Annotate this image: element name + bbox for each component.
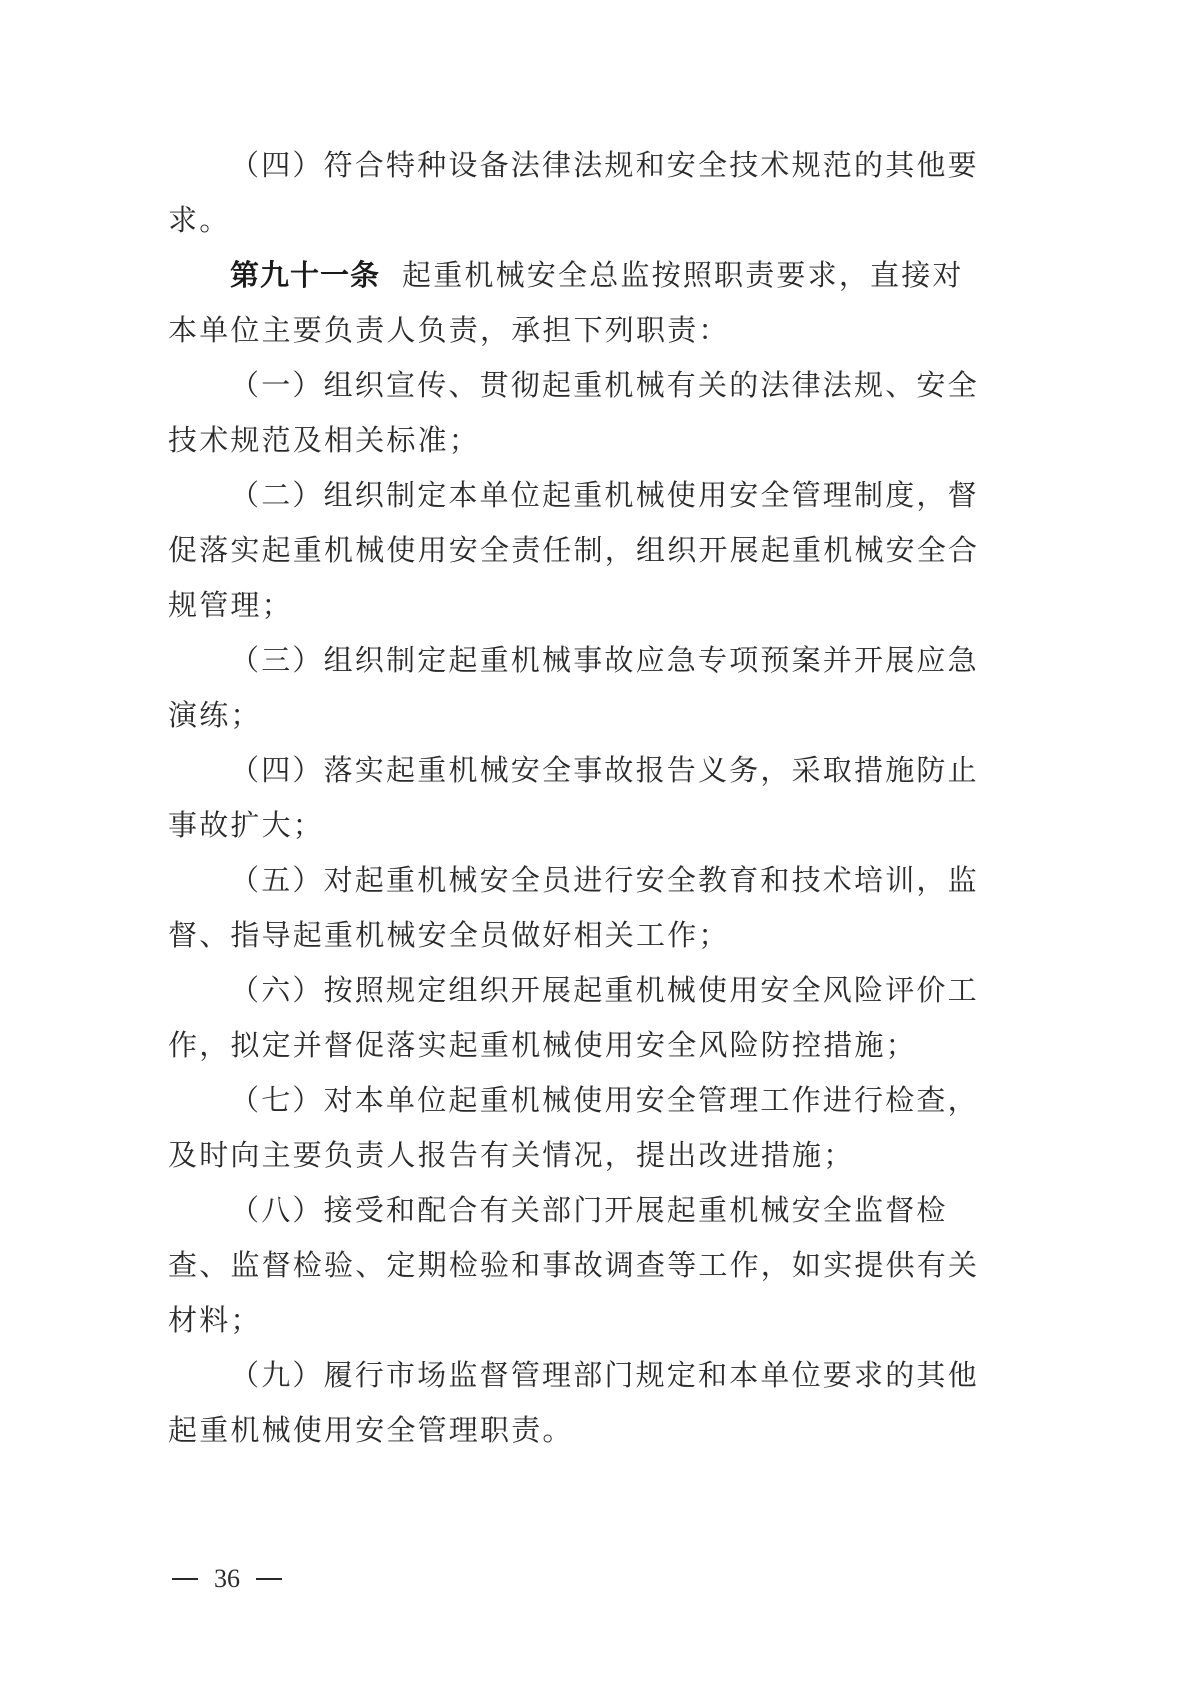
article-91-heading-line: 第九十一条起重机械安全总监按照职责要求，直接对 xyxy=(168,248,948,303)
item-7-line-2: 及时向主要负责人报告有关情况，提出改进措施； xyxy=(168,1128,948,1183)
dash-right xyxy=(256,1578,282,1580)
item-4-line-2: 事故扩大； xyxy=(168,798,948,853)
text-line-4: 本单位主要负责人负责，承担下列职责： xyxy=(168,303,948,358)
dash-left xyxy=(172,1578,198,1580)
article-number: 第九十一条 xyxy=(230,258,380,292)
item-9-line-1: （九）履行市场监督管理部门规定和本单位要求的其他 xyxy=(168,1348,948,1403)
item-4-line-1: （四）落实起重机械安全事故报告义务，采取措施防止 xyxy=(168,743,948,798)
page-number: 36 xyxy=(214,1564,240,1594)
page-number-footer: 36 xyxy=(172,1562,282,1594)
text-line-1: （四）符合特种设备法律法规和安全技术规范的其他要 xyxy=(168,138,948,193)
item-3-line-2: 演练； xyxy=(168,688,948,743)
item-5-line-2: 督、指导起重机械安全员做好相关工作； xyxy=(168,908,948,963)
item-2-line-1: （二）组织制定本单位起重机械使用安全管理制度，督 xyxy=(168,468,948,523)
item-6-line-1: （六）按照规定组织开展起重机械使用安全风险评价工 xyxy=(168,963,948,1018)
item-1-line-2: 技术规范及相关标准； xyxy=(168,413,948,468)
item-2-line-2: 促落实起重机械使用安全责任制，组织开展起重机械安全合 xyxy=(168,523,948,578)
document-page: （四）符合特种设备法律法规和安全技术规范的其他要 求。 第九十一条起重机械安全总… xyxy=(168,138,948,1458)
text-line-2: 求。 xyxy=(168,193,948,248)
item-8-line-2: 查、监督检验、定期检验和事故调查等工作，如实提供有关 xyxy=(168,1238,948,1293)
item-3-line-1: （三）组织制定起重机械事故应急专项预案并开展应急 xyxy=(168,633,948,688)
item-9-line-2: 起重机械使用安全管理职责。 xyxy=(168,1403,948,1458)
item-6-line-2: 作，拟定并督促落实起重机械使用安全风险防控措施； xyxy=(168,1018,948,1073)
item-1-line-1: （一）组织宣传、贯彻起重机械有关的法律法规、安全 xyxy=(168,358,948,413)
item-7-line-1: （七）对本单位起重机械使用安全管理工作进行检查， xyxy=(168,1073,948,1128)
item-8-line-3: 材料； xyxy=(168,1293,948,1348)
item-2-line-3: 规管理； xyxy=(168,578,948,633)
item-5-line-1: （五）对起重机械安全员进行安全教育和技术培训，监 xyxy=(168,853,948,908)
item-8-line-1: （八）接受和配合有关部门开展起重机械安全监督检 xyxy=(168,1183,948,1238)
